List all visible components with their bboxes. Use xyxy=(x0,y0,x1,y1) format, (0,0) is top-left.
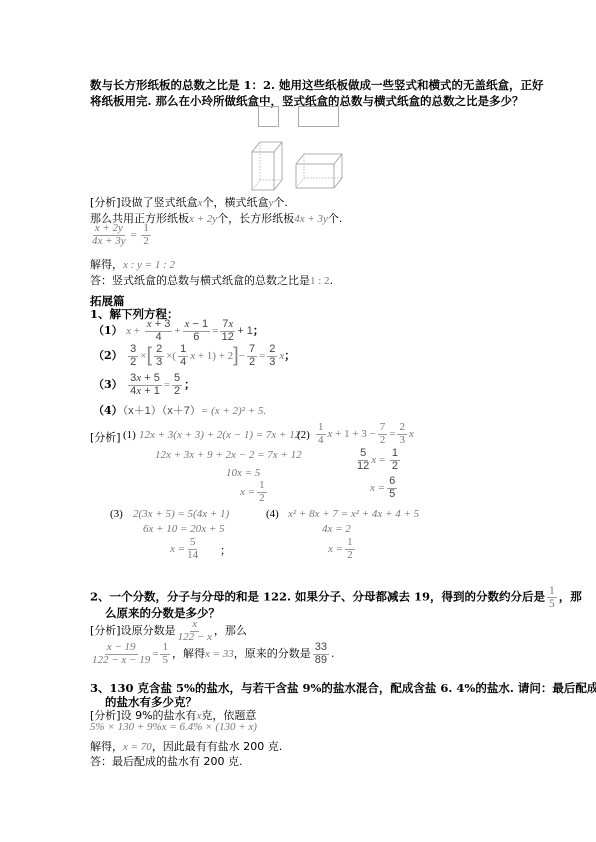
solution-4-line-1: x² + 8x + 7 = x² + 4x + 4 + 5 xyxy=(288,508,419,520)
solution-4-line-3: x =12 xyxy=(328,537,357,561)
equation-3: （3） 3x + 54x + 1=52； xyxy=(93,373,195,397)
solution-1-line-4: x =12 xyxy=(240,480,269,504)
solution-1-line-1: 12x + 3(x + 3) + 2(x − 1) = 7x + 12 xyxy=(139,429,300,441)
horizontal-box-figure xyxy=(294,152,344,192)
text: 答：竖式纸盒的总数与横式纸盒的总数之比是 xyxy=(90,274,310,287)
math-expr: x + 2y xyxy=(189,213,217,225)
text: [分析]设做了竖式纸盒 xyxy=(90,196,198,209)
analysis-1-answer: 答：竖式纸盒的总数与横式纸盒的总数之比是1 : 2. xyxy=(90,272,333,288)
solution-2-line-2: 512x = 12 xyxy=(355,448,402,472)
question-2-analysis-line-2: x − 19122 − x − 19=15，解得x = 33，原来的分数是338… xyxy=(90,642,335,666)
question-2-analysis-line-1: [分析]设原分数是x122 − x，那么 xyxy=(90,619,247,643)
fraction: x + 2y4x + 3y xyxy=(92,223,126,247)
equation-label: （3） xyxy=(93,378,123,391)
equation-1: （1） x + x + 34+x − 16=7x12+ 1； xyxy=(93,319,264,343)
solution-2-label: (2) xyxy=(297,429,310,441)
text: . xyxy=(330,274,334,287)
text: 个，长方形纸板 xyxy=(217,212,294,225)
solution-1-label: (1) xyxy=(123,429,136,441)
equation-2: （2） 32×[23×(14x + 1) + 2]−72=23x； xyxy=(93,344,295,368)
equation-label: （4） xyxy=(93,404,123,417)
solution-2-line-1: 14x + 1 + 3 −72=23x xyxy=(314,422,414,446)
solution-4-line-2: 4x = 2 xyxy=(322,523,351,535)
equation-label: （2） xyxy=(93,349,123,362)
equation-4: （4）（x＋1）（x＋7）= (x + 2)² + 5. xyxy=(93,402,266,418)
math-expr: 4x + 3y xyxy=(294,213,328,225)
solution-4-label: (4) xyxy=(266,508,279,520)
solution-2-line-3: x =65 xyxy=(370,476,399,500)
analysis-1-line-1: [分析]设做了竖式纸盒x个，横式纸盒y个. xyxy=(90,194,288,210)
solution-1-line-2: 12x + 3x + 9 + 2x − 2 = 7x + 12 xyxy=(155,449,302,461)
fraction: 12 xyxy=(141,223,151,247)
solution-3-line-1: 2(3x + 5) = 5(4x + 1) xyxy=(133,508,229,520)
text: 个. xyxy=(273,196,288,209)
solution-3-line-3: x =514 xyxy=(170,537,200,561)
text: 个，横式纸盒 xyxy=(202,196,268,209)
analysis-1-solve: 解得，x : y = 1 : 2 xyxy=(90,256,175,272)
solution-3-semicolon: ； xyxy=(220,542,231,558)
question-3-equation: 5% × 130 + 9%x = 6.4% × (130 + x) xyxy=(90,721,257,733)
equation-label: （1） xyxy=(93,324,123,337)
solution-3-label: (3) xyxy=(110,508,123,520)
math-expr: 1 : 2 xyxy=(310,275,330,287)
problem-line-1: 数与长方形纸板的总数之比是 1：2. 她用这些纸板做成一些竖式和横式的无盖纸盒，… xyxy=(90,77,544,93)
solutions-label: [分析] xyxy=(90,429,121,445)
rectangle-board-figure xyxy=(298,106,339,127)
solution-1-line-3: 10x = 5 xyxy=(226,467,260,479)
solution-3-line-2: 6x + 10 = 20x + 5 xyxy=(143,523,225,535)
square-board-figure xyxy=(258,106,279,127)
question-3-solve: 解得，x = 70，因此最有有盐水 200 克. xyxy=(90,738,282,754)
text: 个. xyxy=(328,212,343,225)
analysis-1-equation: x + 2y4x + 3y = 12 xyxy=(90,223,153,247)
math-expr: x : y = 1 : 2 xyxy=(123,259,175,271)
question-3-answer: 答：最后配成的盐水有 200 克. xyxy=(90,753,243,769)
text: 解得， xyxy=(90,258,123,271)
vertical-box-figure xyxy=(250,140,290,192)
